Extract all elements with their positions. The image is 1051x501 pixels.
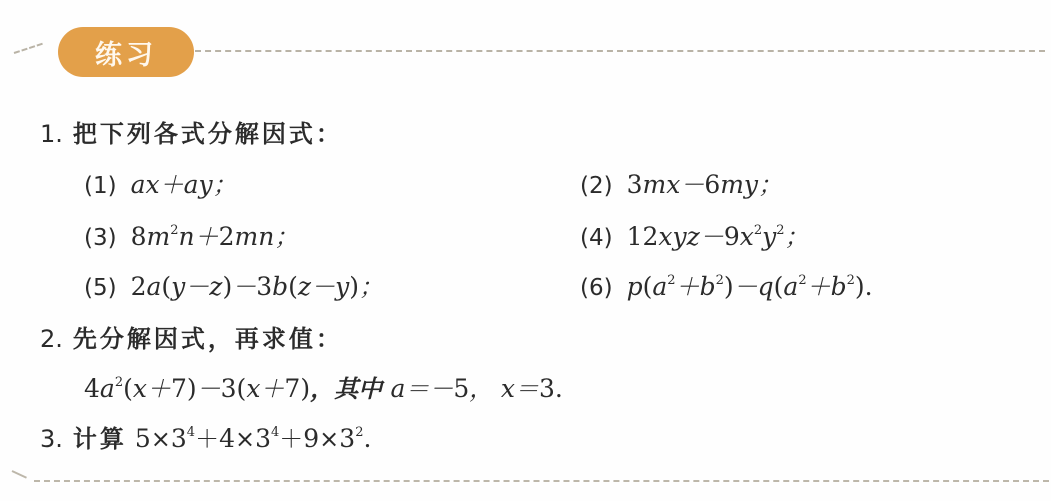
- item-expression: p(a2＋b2)－q(a2＋b2).: [627, 272, 873, 301]
- question-number: 3.: [40, 425, 63, 453]
- question-3: 3.计算 5×34＋4×34＋9×32.: [40, 426, 371, 451]
- question-1-item-2: (2)3mx－6my；: [580, 172, 782, 198]
- question-prompt: 计算: [73, 425, 127, 453]
- item-label: (2): [580, 173, 613, 199]
- question-3-expression: 5×34＋4×34＋9×32.: [135, 424, 372, 453]
- question-prompt: 先分解因式，再求值：: [73, 325, 343, 353]
- item-expression: ax＋ay；: [131, 170, 237, 199]
- question-2: 2.先分解因式，再求值：: [40, 326, 343, 351]
- exercise-header-lead: [14, 43, 43, 54]
- item-label: (5): [84, 275, 117, 301]
- item-expression: 8m2n＋2mn；: [131, 222, 299, 251]
- question-1: 1.把下列各式分解因式：: [40, 121, 343, 146]
- exercise-footer-rule: [34, 480, 1049, 482]
- question-number: 1.: [40, 120, 63, 148]
- question-2-expression: 4a2(x＋7)－3(x＋7)，其中 a＝－5， x＝3.: [84, 374, 563, 403]
- item-label: (3): [84, 225, 117, 251]
- question-1-item-4: (4)12xyz－9x2y2；: [580, 224, 809, 250]
- exercise-badge: 练习: [58, 27, 194, 77]
- question-1-item-6: (6)p(a2＋b2)－q(a2＋b2).: [580, 274, 873, 300]
- question-1-item-1: (1)ax＋ay；: [84, 172, 237, 198]
- exercise-header-rule: [195, 50, 1045, 52]
- question-2-detail: 4a2(x＋7)－3(x＋7)，其中 a＝－5， x＝3.: [84, 376, 563, 401]
- exercise-badge-label: 练习: [95, 33, 157, 72]
- exercise-footer-lead: [12, 470, 27, 479]
- item-label: (4): [580, 225, 613, 251]
- question-1-item-3: (3)8m2n＋2mn；: [84, 224, 298, 250]
- item-expression: 12xyz－9x2y2；: [627, 222, 809, 251]
- question-prompt: 把下列各式分解因式：: [73, 120, 343, 148]
- item-label: (6): [580, 275, 613, 301]
- item-label: (1): [84, 173, 117, 199]
- item-expression: 3mx－6my；: [627, 170, 782, 199]
- question-1-item-5: (5)2a(y－z)－3b(z－y)；: [84, 274, 383, 300]
- question-number: 2.: [40, 325, 63, 353]
- item-expression: 2a(y－z)－3b(z－y)；: [131, 272, 383, 301]
